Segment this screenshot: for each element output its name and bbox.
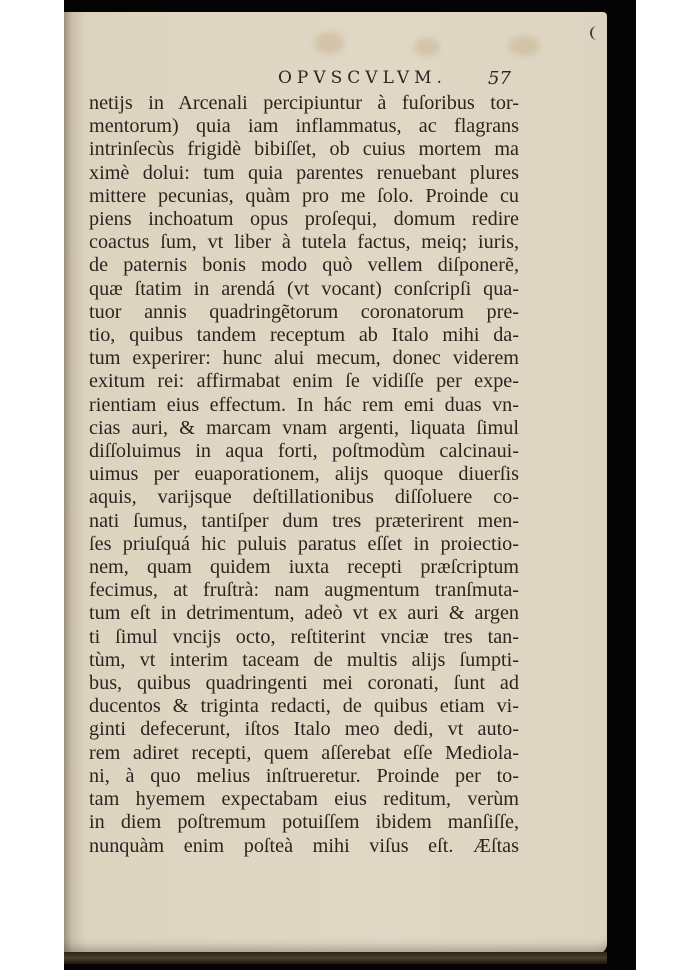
- text-line: tùm, vt interim taceam de multis alijs ſ…: [89, 649, 519, 672]
- text-line: de paternis bonis modo quò vellem diſpon…: [89, 254, 519, 277]
- page-corner-fold: [590, 26, 602, 40]
- text-line: piens inchoatum opus proſequi, domum red…: [89, 208, 519, 231]
- page-body-text: netijs in Arcenali percipiuntur à fuſori…: [89, 92, 519, 858]
- text-line: tum eſt in detrimentum, adeò vt ex auri …: [89, 602, 519, 625]
- text-line: rientiam eius effectum. In hác rem emi d…: [89, 394, 519, 417]
- text-line: netijs in Arcenali percipiuntur à fuſori…: [89, 92, 519, 115]
- text-line: aquis, varijsque deſtillationibus diſſol…: [89, 486, 519, 509]
- text-line: bus, quibus quadringenti mei coronati, ſ…: [89, 672, 519, 695]
- text-line: nunquàm enim poſteà mihi viſus eſt. Æſta…: [89, 835, 519, 858]
- text-line: quæ ſtatim in arendá (vt vocant) conſcri…: [89, 278, 519, 301]
- page-edge-shadow: [64, 952, 607, 964]
- text-line: nati ſumus, tantiſper dum tres præterire…: [89, 510, 519, 533]
- text-line: in diem poſtremum potuiſſem ibidem manſi…: [89, 811, 519, 834]
- text-line: fecimus, at fruſtrà: nam augmentum tranſ…: [89, 579, 519, 602]
- text-line: intrinſecùs frigidè bibiſſet, ob cuius m…: [89, 138, 519, 161]
- text-line: mentorum) quia iam inflammatus, ac flagr…: [89, 115, 519, 138]
- page-number: 57: [488, 68, 511, 89]
- text-line: tam hyemem expectabam eius reditum, verù…: [89, 788, 519, 811]
- text-line: coactus ſum, vt liber à tutela factus, m…: [89, 231, 519, 254]
- text-line: rem adiret recepti, quem aſſerebat eſſe …: [89, 742, 519, 765]
- text-line: ſes priuſquá hic puluis paratus eſſet in…: [89, 533, 519, 556]
- paper-stain: [314, 32, 344, 54]
- text-line: ti ſimul vncijs octo, reſtiterint vnciæ …: [89, 626, 519, 649]
- text-line: cias auri, & marcam vnam argenti, liquat…: [89, 417, 519, 440]
- text-line: ducentos & triginta redacti, de quibus e…: [89, 695, 519, 718]
- paper-stain: [509, 36, 539, 56]
- text-line: mittere pecunias, quàm pro me ſolo. Proi…: [89, 185, 519, 208]
- text-line: ximè dolui: tum quia parentes renuebant …: [89, 162, 519, 185]
- book-page: OPVSCVLVM. 57 netijs in Arcenali percipi…: [64, 12, 607, 954]
- text-line: exitum rei: affirmabat enim ſe vidiſſe p…: [89, 370, 519, 393]
- text-line: tum experirer: hunc alui mecum, donec vi…: [89, 347, 519, 370]
- text-line: tio, quibus tandem receptum ab Italo mih…: [89, 324, 519, 347]
- running-title: OPVSCVLVM.: [278, 68, 447, 88]
- text-line: ginti defecerunt, iſtos Italo meo dedi, …: [89, 718, 519, 741]
- text-line: diſſoluimus in aqua forti, poſtmodùm cal…: [89, 440, 519, 463]
- text-line: nem, quam quidem iuxta recepti præſcript…: [89, 556, 519, 579]
- scanned-book-image: OPVSCVLVM. 57 netijs in Arcenali percipi…: [64, 0, 636, 970]
- text-line: ni, à quo melius inſtrueretur. Proinde p…: [89, 765, 519, 788]
- text-line: uimus per euaporationem, alijs quoque di…: [89, 463, 519, 486]
- text-line: tuor annis quadringẽtorum coronatorum pr…: [89, 301, 519, 324]
- paper-stain: [414, 38, 440, 56]
